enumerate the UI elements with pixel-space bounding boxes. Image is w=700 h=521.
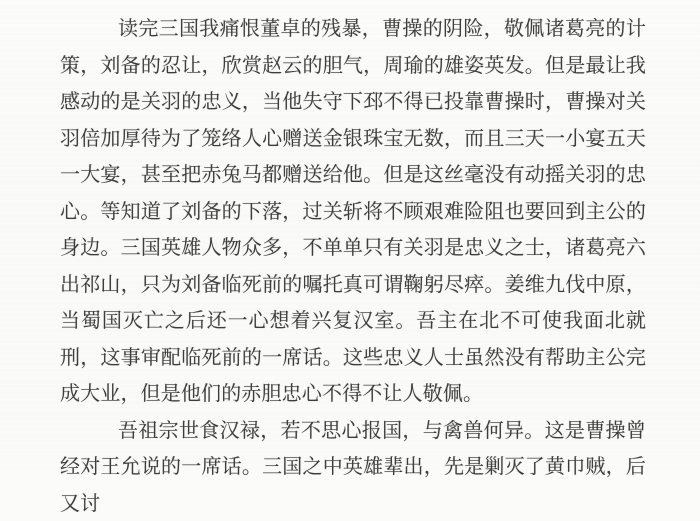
paragraph: 读完三国我痛恨董卓的残暴，曹操的阴险，敬佩诸葛亮的计策，刘备的忍让，欣赏赵云的胆… xyxy=(60,10,646,412)
paragraph: 吾祖宗世食汉禄，若不思心报国，与禽兽何异。这是曹操曾经对王允说的一席话。三国之中… xyxy=(60,412,646,471)
essay-text-block: 读完三国我痛恨董卓的残暴，曹操的阴险，敬佩诸葛亮的计策，刘备的忍让，欣赏赵云的胆… xyxy=(60,10,646,470)
document-page: 读完三国我痛恨董卓的残暴，曹操的阴险，敬佩诸葛亮的计策，刘备的忍让，欣赏赵云的胆… xyxy=(0,0,700,470)
